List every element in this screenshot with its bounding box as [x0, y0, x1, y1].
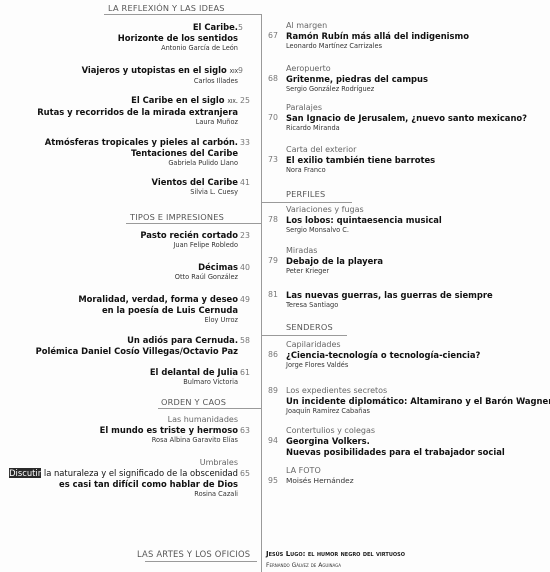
entry-title[interactable]: Nuevas posibilidades para el trabajador …: [286, 447, 505, 458]
toc-entry[interactable]: Las nuevas guerras, las guerras de siemp…: [286, 290, 493, 310]
page-number[interactable]: 49: [240, 295, 256, 304]
column-divider: [261, 14, 262, 572]
entry-author: Juan Felipe Robledo: [140, 241, 238, 250]
entry-author: Peter Krieger: [286, 267, 383, 276]
entry-title[interactable]: Un adiós para Cernuda.: [36, 335, 238, 346]
page-number[interactable]: 79: [268, 256, 278, 265]
page-number[interactable]: 70: [268, 113, 278, 122]
footer-author: Fernando Gálvez de Aguinaga: [266, 562, 341, 569]
page-number[interactable]: 25: [240, 96, 256, 105]
entry-kicker: Paralajes: [286, 103, 527, 113]
entry-title[interactable]: Georgina Volkers.: [286, 436, 505, 447]
page-number[interactable]: 94: [268, 436, 278, 445]
entry-author: Bulmaro Victoria: [150, 378, 238, 387]
toc-entry[interactable]: El Caribe en el siglo xix.Rutas y recorr…: [37, 95, 238, 127]
toc-entry[interactable]: Vientos del CaribeSilvia L. Cuesy: [152, 177, 238, 197]
page-number[interactable]: 5: [238, 23, 254, 32]
entry-kicker: Aeropuerto: [286, 64, 428, 74]
entry-title[interactable]: Ramón Rubín más allá del indigenismo: [286, 31, 469, 42]
entry-kicker: Miradas: [286, 246, 383, 256]
entry-author: Jorge Flores Valdés: [286, 361, 480, 370]
toc-entry[interactable]: DécimasOtto Raúl González: [175, 262, 238, 282]
entry-kicker: Variaciones y fugas: [286, 205, 442, 215]
entry-author: Ricardo Miranda: [286, 124, 527, 133]
entry-author: Teresa Santiago: [286, 301, 493, 310]
page-number[interactable]: 65: [240, 469, 256, 478]
entry-title[interactable]: en la poesía de Luis Cernuda: [78, 305, 238, 316]
toc-entry[interactable]: El Caribe.Horizonte de los sentidosAnton…: [118, 22, 238, 53]
entry-title[interactable]: Polémica Daniel Cosío Villegas/Octavio P…: [36, 346, 238, 357]
toc-entry[interactable]: Las humanidadesEl mundo es triste y herm…: [100, 415, 238, 445]
toc-entry[interactable]: Contertulios y colegasGeorgina Volkers.N…: [286, 426, 505, 458]
entry-author: Laura Muñoz: [37, 118, 238, 127]
entry-author: Leonardo Martínez Carrizales: [286, 42, 469, 51]
toc-entry[interactable]: Carta del exteriorEl exilio también tien…: [286, 145, 435, 175]
entry-author: Gabriela Pulido Llano: [45, 159, 238, 168]
page-number[interactable]: 33: [240, 138, 256, 147]
entry-author: Sergio Monsalvo C.: [286, 226, 442, 235]
entry-title[interactable]: Tentaciones del Caribe: [45, 148, 238, 159]
entry-author: Antonio García de León: [118, 44, 238, 53]
entry-title[interactable]: Un incidente diplomático: Altamirano y e…: [286, 396, 550, 407]
toc-entry[interactable]: Viajeros y utopistas en el siglo xixCarl…: [82, 65, 238, 86]
toc-entry[interactable]: El delantal de JuliaBulmaro Victoria: [150, 367, 238, 387]
century-numeral: xix.: [227, 97, 238, 105]
page-number[interactable]: 23: [240, 231, 256, 240]
toc-entry[interactable]: ParalajesSan Ignacio de Jerusalem, ¿nuev…: [286, 103, 527, 133]
toc-entry[interactable]: AeropuertoGritenme, piedras del campusSe…: [286, 64, 428, 94]
section-underline: [145, 561, 257, 562]
entry-kicker: LA FOTO: [286, 466, 354, 476]
entry-author: Otto Raúl González: [175, 273, 238, 282]
toc-entry[interactable]: Capilaridades¿Ciencia-tecnología o tecno…: [286, 340, 480, 370]
page-number[interactable]: 89: [268, 386, 278, 395]
entry-title[interactable]: El delantal de Julia: [150, 367, 238, 378]
page-number[interactable]: 58: [240, 336, 256, 345]
entry-title[interactable]: El mundo es triste y hermoso: [100, 425, 238, 436]
page-number[interactable]: 63: [240, 426, 256, 435]
entry-kicker: Las humanidades: [100, 415, 238, 425]
toc-entry[interactable]: MiradasDebajo de la playeraPeter Krieger: [286, 246, 383, 276]
toc-entry[interactable]: Variaciones y fugasLos lobos: quintaesen…: [286, 205, 442, 235]
toc-entry[interactable]: Moralidad, verdad, forma y deseoen la po…: [78, 294, 238, 325]
entry-author: Rosina Cazali: [9, 490, 238, 499]
entry-title[interactable]: es casi tan difícil como hablar de Dios: [9, 479, 238, 490]
entry-author: Silvia L. Cuesy: [152, 188, 238, 197]
entry-title[interactable]: El Caribe.: [118, 22, 238, 33]
page-number[interactable]: 78: [268, 215, 278, 224]
toc-entry[interactable]: UmbralesDiscutir la naturaleza y el sign…: [9, 458, 238, 499]
entry-title[interactable]: El exilio también tiene barrotes: [286, 155, 435, 166]
page-number[interactable]: 81: [268, 290, 278, 299]
section-heading: LA REFLEXIÓN Y LAS IDEAS: [108, 3, 225, 13]
entry-author: Eloy Urroz: [78, 316, 238, 325]
section-underline: [262, 335, 347, 336]
entry-author: Joaquín Ramírez Cabañas: [286, 407, 550, 416]
entry-title[interactable]: Discutir la naturaleza y el significado …: [9, 468, 238, 479]
section-underline: [158, 408, 262, 409]
entry-kicker: Los expedientes secretos: [286, 386, 550, 396]
highlighted-text: Discutir: [9, 468, 41, 478]
entry-title[interactable]: Viajeros y utopistas en el siglo xix: [82, 65, 238, 77]
entry-title[interactable]: El Caribe en el siglo xix.: [37, 95, 238, 107]
page-number[interactable]: 9: [238, 66, 254, 75]
toc-entry[interactable]: Los expedientes secretosUn incidente dip…: [286, 386, 550, 416]
section-underline: [126, 223, 262, 224]
section-heading-artes-oficios: LAS ARTES Y LOS OFICIOS: [137, 549, 250, 559]
century-numeral: xix: [230, 67, 238, 75]
footer-title[interactable]: Jesús Lugo: el humor negro del virtuoso: [266, 550, 405, 558]
entry-title[interactable]: Las nuevas guerras, las guerras de siemp…: [286, 290, 493, 301]
entry-title[interactable]: Los lobos: quintaesencia musical: [286, 215, 442, 226]
entry-kicker: Carta del exterior: [286, 145, 435, 155]
page-number[interactable]: 68: [268, 74, 278, 83]
toc-entry[interactable]: Pasto recién cortadoJuan Felipe Robledo: [140, 230, 238, 250]
section-heading: ORDEN Y CAOS: [161, 397, 226, 407]
section-heading: TIPOS E IMPRESIONES: [130, 212, 224, 222]
toc-entry[interactable]: Un adiós para Cernuda.Polémica Daniel Co…: [36, 335, 238, 357]
entry-kicker: Contertulios y colegas: [286, 426, 505, 436]
section-heading: PERFILES: [286, 189, 325, 199]
entry-title[interactable]: Atmósferas tropicales y pieles al carbón…: [45, 137, 238, 148]
entry-author: Nora Franco: [286, 166, 435, 175]
page-number[interactable]: 95: [268, 476, 278, 485]
entry-author: Rosa Albina Garavito Elías: [100, 436, 238, 445]
section-underline: [104, 14, 262, 15]
entry-title[interactable]: Moralidad, verdad, forma y deseo: [78, 294, 238, 305]
entry-title[interactable]: Rutas y recorridos de la mirada extranje…: [37, 107, 238, 118]
section-underline: [262, 202, 352, 203]
entry-title-text: la naturaleza y el significado de la obs…: [41, 468, 238, 478]
toc-entry[interactable]: Al margenRamón Rubín más allá del indige…: [286, 21, 469, 51]
page-number[interactable]: 86: [268, 350, 278, 359]
toc-entry[interactable]: LA FOTOMoisés Hernández: [286, 466, 354, 485]
section-heading: SENDEROS: [286, 322, 333, 332]
entry-title[interactable]: Pasto recién cortado: [140, 230, 238, 241]
page-number[interactable]: 61: [240, 368, 256, 377]
entry-title[interactable]: Vientos del Caribe: [152, 177, 238, 188]
entry-author: Moisés Hernández: [286, 476, 354, 485]
entry-kicker: Al margen: [286, 21, 469, 31]
page-number[interactable]: 73: [268, 155, 278, 164]
page-number[interactable]: 41: [240, 178, 256, 187]
entry-title[interactable]: San Ignacio de Jerusalem, ¿nuevo santo m…: [286, 113, 527, 124]
toc-entry[interactable]: Atmósferas tropicales y pieles al carbón…: [45, 137, 238, 168]
entry-title[interactable]: ¿Ciencia-tecnología o tecnología-ciencia…: [286, 350, 480, 361]
entry-title[interactable]: Gritenme, piedras del campus: [286, 74, 428, 85]
page-number[interactable]: 67: [268, 31, 278, 40]
entry-author: Carlos Illades: [82, 77, 238, 86]
entry-title[interactable]: Horizonte de los sentidos: [118, 33, 238, 44]
entry-author: Sergio González Rodríguez: [286, 85, 428, 94]
entry-kicker: Capilaridades: [286, 340, 480, 350]
page-number[interactable]: 40: [240, 263, 256, 272]
entry-kicker: Umbrales: [9, 458, 238, 468]
entry-title[interactable]: Debajo de la playera: [286, 256, 383, 267]
entry-title[interactable]: Décimas: [175, 262, 238, 273]
